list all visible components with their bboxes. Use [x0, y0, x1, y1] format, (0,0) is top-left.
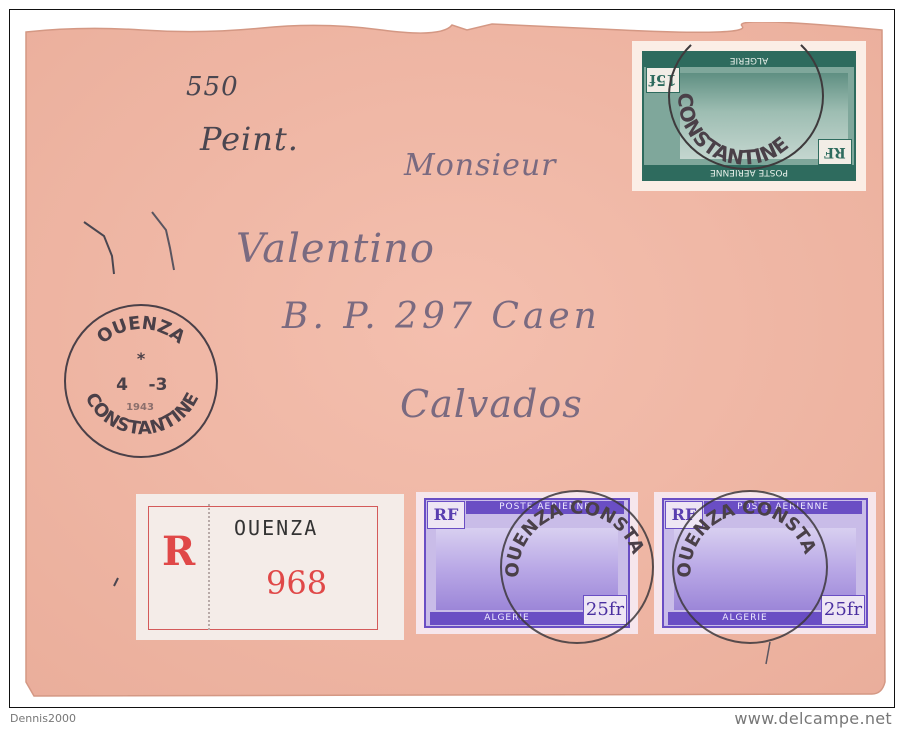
site-watermark[interactable]: www.delcampe.net [734, 709, 892, 728]
svg-text:OUENZA CONSTANTINE: OUENZA CONSTANTINE [502, 492, 648, 578]
address-department: Calvados [400, 382, 583, 426]
registration-label: R OUENZA 968 [136, 494, 404, 640]
registration-town: OUENZA [234, 516, 318, 540]
pencil-note-peint: Peint. [200, 120, 299, 158]
registration-letter: R [162, 528, 195, 575]
postmark-cancel-1: OUENZA CONSTANTINE [500, 490, 654, 644]
svg-text:CONSTANTINE: CONSTANTINE [673, 92, 793, 168]
pencil-note-550: 550 [186, 72, 239, 102]
cancel-text: OUENZA CONSTANTINE [674, 492, 820, 578]
postmark-day: 4 [116, 375, 128, 395]
svg-text:OUENZA: OUENZA [93, 313, 189, 348]
address-name: Valentino [236, 226, 435, 272]
address-salutation: Monsieur [404, 148, 557, 183]
postmark-star: * [137, 349, 146, 368]
svg-text:OUENZA CONSTANTINE: OUENZA CONSTANTINE [674, 492, 820, 578]
cancel-text: CONSTANTINE [673, 92, 793, 168]
postmark-department: CONSTANTINE [81, 389, 204, 439]
postmark-town: OUENZA [93, 313, 189, 348]
registration-number: 968 [266, 564, 327, 602]
svg-text:CONSTANTINE: CONSTANTINE [81, 389, 204, 439]
postmark-year: 1943 [126, 402, 154, 413]
postmark-cancel-2: OUENZA CONSTANTINE [672, 490, 828, 644]
stamp-rf: RF [427, 501, 465, 529]
address-street-city: B. P. 297 Caen [282, 296, 601, 337]
postmark-constantine-cancel: CONSTANTINE [668, 22, 824, 170]
stamp-value: 25fr [821, 595, 865, 625]
postmark-month: -3 [149, 375, 168, 395]
cancel-text: OUENZA CONSTANTINE [502, 492, 648, 578]
postmark-ouenza: OUENZA CONSTANTINE * 4 -3 1943 [64, 304, 218, 458]
seller-name: Dennis2000 [10, 712, 76, 725]
stamp-rf: RF [818, 139, 852, 165]
